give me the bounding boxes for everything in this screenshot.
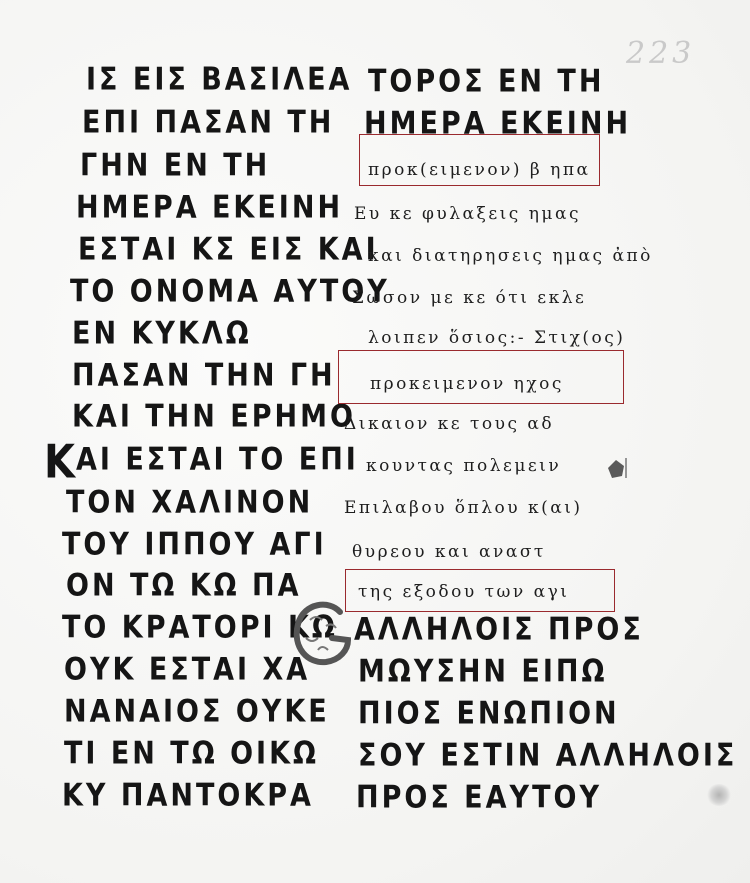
right-uncial-line: ΑΛΛΗΛΟΙΣ ΠΡΟΣ [354, 612, 644, 648]
commentary-line: θυρεου και αναστ [352, 542, 546, 562]
left-line: ΕΣΤΑΙ ΚΣ ΕΙΣ ΚΑΙ [78, 232, 379, 268]
left-line: ΤΟΥ ΙΠΠΟΥ ΑΓΙ [62, 527, 327, 563]
left-line: ΓΗΝ ΕΝ ΤΗ [80, 148, 270, 184]
right-uncial-line: ΜΩΥΣΗΝ ΕΙΠΩ [358, 654, 607, 690]
left-line: ΗΜΕΡΑ ΕΚΕΙΝΗ [76, 190, 343, 226]
commentary-line: Δικαιον κε τους αδ [344, 414, 554, 434]
left-line: ΚΥ ΠΑΝΤΟΚΡΑ [62, 778, 314, 814]
commentary-line: κουντας πολεμειν [366, 456, 561, 476]
left-line: ΑΙ ΕΣΤΑΙ ΤΟ ΕΠΙ [76, 442, 359, 478]
folio-number: 223 [626, 36, 695, 71]
left-line: ΟΝ ΤΩ ΚΩ ΠΑ [66, 568, 302, 604]
manuscript-page: 223 ΙΣ ΕΙΣ ΒΑΣΙΛΕΑ ΕΠΙ ΠΑΣΑΝ ΤΗ ΓΗΝ ΕΝ Τ… [0, 0, 750, 883]
commentary-line: Σωσον με κε ότι εκλε [352, 288, 586, 308]
enlarged-initial: Κ [44, 436, 75, 489]
commentary-line: λοιπεν ὅσιος:- Στιχ(ος) [368, 328, 625, 348]
left-line: ΤΟΝ ΧΑΛΙΝΟΝ [66, 485, 313, 521]
highlight-box-1 [359, 134, 600, 186]
left-line: ΚΑΙ ΤΗΝ ΕΡΗΜΟ [72, 399, 356, 435]
left-line: ΕΠΙ ΠΑΣΑΝ ΤΗ [82, 105, 334, 141]
right-uncial-line: ΠΡΟΣ ΕΑΥΤΟΥ [356, 780, 602, 816]
commentary-line: Ευ κε φυλαξεις ημας [354, 204, 581, 224]
right-uncial-line: ΣΟΥ ΕΣΤΙΝ ΑΛΛΗΛΟΙΣ [358, 738, 737, 774]
left-line: ΕΝ ΚΥΚΛΩ [72, 316, 252, 352]
right-uncial-line: ΠΙΟΣ ΕΝΩΠΙΟΝ [358, 696, 620, 732]
left-line: ΤΙ ΕΝ ΤΩ ΟΙΚΩ [64, 736, 319, 772]
commentary-line: Επιλαβου ὅπλου κ(αι) [344, 498, 583, 518]
highlight-box-3 [345, 569, 615, 612]
commentary-line: και διατηρησεις ημας ἀπὸ [368, 246, 653, 266]
left-line: ΝΑΝΑΙΟΣ ΟΥΚΕ [64, 694, 330, 730]
highlight-box-2 [338, 350, 624, 404]
left-line: ΟΥΚ ΕΣΤΑΙ ΧΑ [64, 652, 310, 688]
left-line: ΠΑΣΑΝ ΤΗΝ ΓΗ [72, 358, 336, 394]
left-line: ΤΟ ΟΝΟΜΑ ΑΥΤΟΥ [70, 274, 390, 310]
marginal-ink-mark-icon [604, 456, 628, 482]
right-uncial-line: ΤΟΡΟΣ ΕΝ ΤΗ [368, 64, 604, 100]
left-line: ΙΣ ΕΙΣ ΒΑΣΙΛΕΑ [86, 62, 352, 98]
page-stain [706, 784, 732, 806]
